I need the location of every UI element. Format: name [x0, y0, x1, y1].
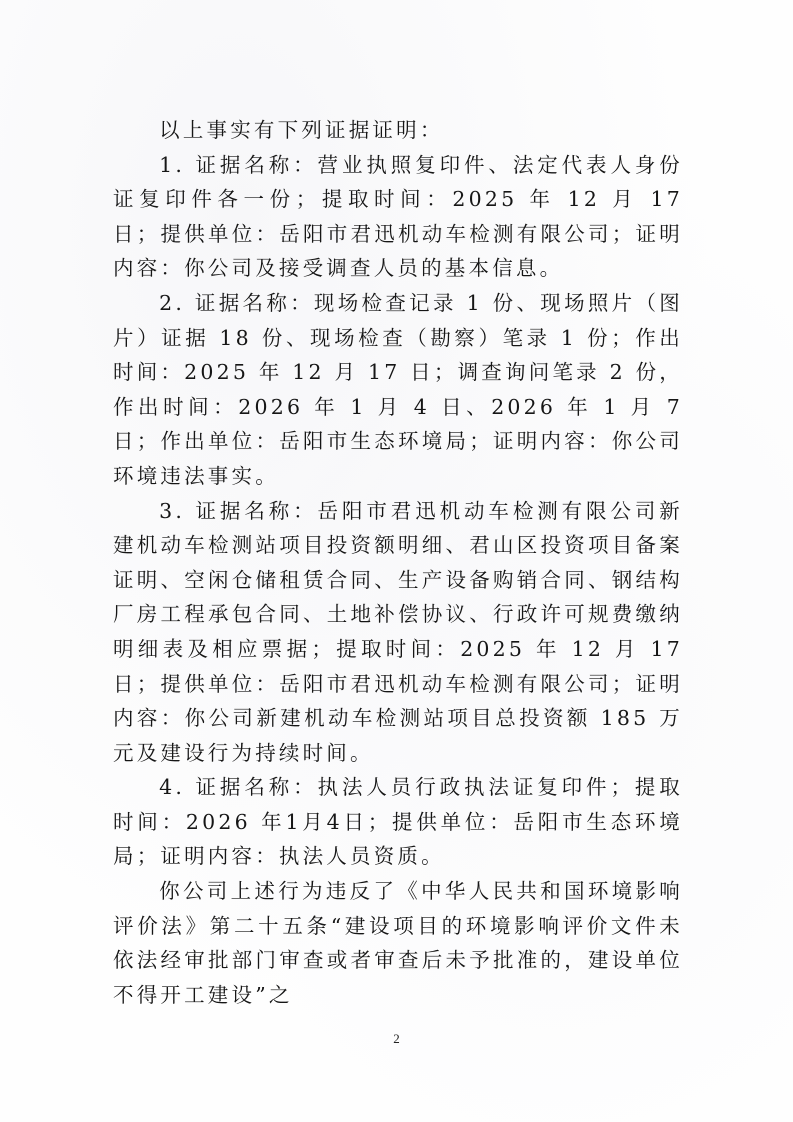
evidence-intro-paragraph: 以上事实有下列证据证明： — [113, 113, 683, 148]
document-body: 以上事实有下列证据证明： 1. 证据名称：营业执照复印件、法定代表人身份证复印件… — [113, 113, 683, 1012]
evidence-item-3: 3. 证据名称：岳阳市君迅机动车检测有限公司新建机动车检测站项目投资额明细、君山… — [113, 494, 683, 771]
violation-statement-paragraph: 你公司上述行为违反了《中华人民共和国环境影响评价法》第二十五条“建设项目的环境影… — [113, 874, 683, 1012]
evidence-item-4: 4. 证据名称：执法人员行政执法证复印件；提取时间：2026 年1月4日；提供单… — [113, 770, 683, 874]
evidence-item-1: 1. 证据名称：营业执照复印件、法定代表人身份证复印件各一份；提取时间：2025… — [113, 148, 683, 286]
page-number: 2 — [0, 1031, 793, 1047]
document-page: 以上事实有下列证据证明： 1. 证据名称：营业执照复印件、法定代表人身份证复印件… — [0, 0, 793, 1122]
evidence-item-2: 2. 证据名称：现场检查记录 1 份、现场照片（图片）证据 18 份、现场检查（… — [113, 286, 683, 494]
